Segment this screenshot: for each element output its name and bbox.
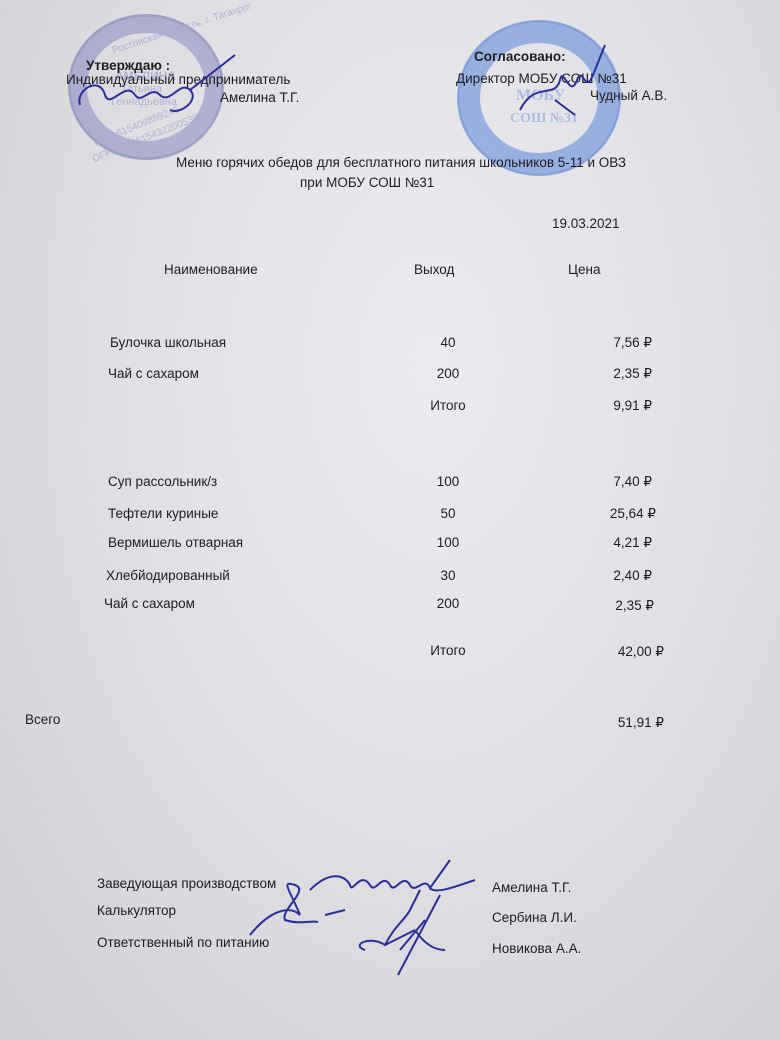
item-yield: 30 [418, 568, 478, 583]
stamp-text: ИНН 615409889246 [92, 104, 181, 148]
column-header-price: Цена [568, 262, 600, 277]
subtotal-label: Итого [418, 643, 478, 658]
item-price: 4,21 ₽ [562, 535, 652, 551]
stamp-text: Геннадьевна [111, 96, 177, 108]
signer-role: Ответственный по питанию [97, 935, 269, 950]
signer-name: Амелина Т.Г. [492, 880, 571, 895]
stamp-text: СОШ №31 [510, 111, 578, 127]
item-price: 7,56 ₽ [562, 335, 652, 351]
subtotal-value: 42,00 ₽ [574, 644, 664, 660]
signatures-bottom-icon [290, 850, 490, 980]
item-price: 2,35 ₽ [562, 366, 652, 382]
column-header-name: Наименование [164, 262, 258, 277]
item-name: Вермишель отварная [108, 535, 243, 550]
item-yield: 50 [418, 506, 478, 521]
item-yield: 100 [418, 474, 478, 489]
approval-left-heading: Утверждаю : [86, 58, 170, 73]
item-price: 2,40 ₽ [562, 568, 652, 584]
item-name: Тефтели куриные [108, 506, 218, 521]
approval-right-name: Чудный А.В. [590, 88, 667, 103]
approval-right-heading: Согласовано: [474, 49, 566, 64]
item-name: Чай с сахаром [104, 596, 195, 611]
item-name: Суп рассольник/з [108, 474, 217, 489]
stamp-text: МОБУ [516, 87, 565, 105]
grand-total-value: 51,91 ₽ [574, 715, 664, 731]
column-header-yield: Выход [414, 262, 454, 277]
item-yield: 40 [418, 335, 478, 350]
item-name: Булочка школьная [110, 335, 226, 350]
item-yield: 100 [418, 535, 478, 550]
item-price: 25,64 ₽ [566, 506, 656, 522]
document-title: Меню горячих обедов для бесплатного пита… [176, 155, 626, 170]
signer-role: Заведующая производством [97, 876, 276, 891]
document-subtitle: при МОБУ СОШ №31 [300, 175, 434, 190]
item-name: Чай с сахаром [108, 366, 199, 381]
grand-total-label: Всего [25, 712, 60, 727]
item-price: 7,40 ₽ [562, 474, 652, 490]
item-name: Хлебйодированный [106, 568, 230, 583]
stamp-text: Ростовская область, г. Таганрог [111, 1, 254, 57]
signer-name: Новикова А.А. [492, 941, 581, 956]
approval-right-position: Директор МОБУ СОШ №31 [456, 71, 627, 86]
signer-name: Сербина Л.И. [492, 910, 577, 925]
document-date: 19.03.2021 [552, 216, 620, 231]
item-price: 2,35 ₽ [564, 598, 654, 614]
item-yield: 200 [418, 366, 478, 381]
signer-role: Калькулятор [97, 903, 176, 918]
subtotal-value: 9,91 ₽ [562, 398, 652, 414]
approval-left-name: Амелина Т.Г. [220, 90, 299, 105]
approval-left-position: Индивидуальный предприниматель [66, 72, 290, 87]
subtotal-label: Итого [418, 398, 478, 413]
item-yield: 200 [418, 596, 478, 611]
stamp-entrepreneur: Ростовская область, г. Таганрог АМЕЛИНА … [68, 14, 224, 160]
